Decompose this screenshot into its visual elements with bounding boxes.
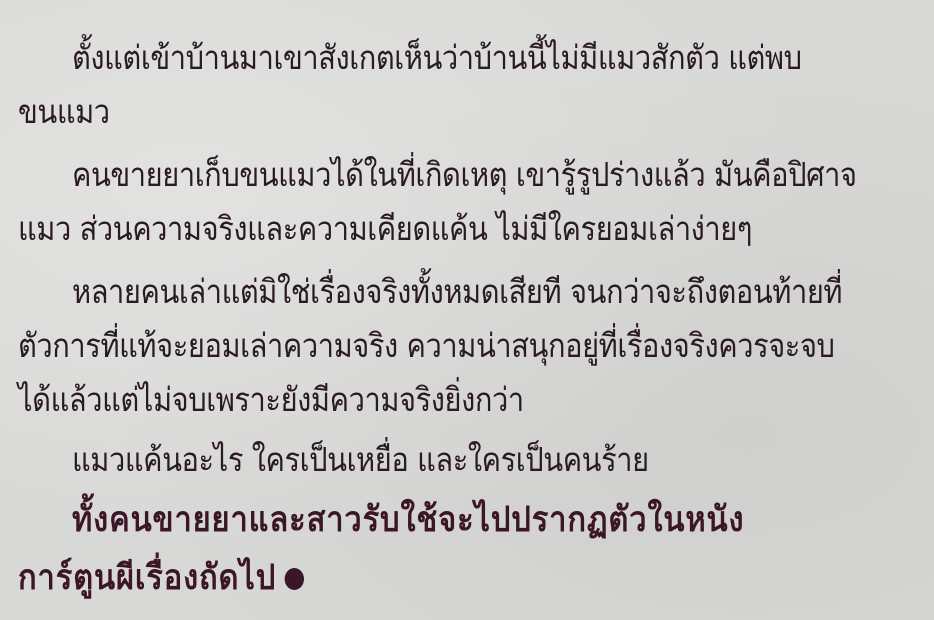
- paragraph-2-line-1: คนขายยาเก็บขนแมวได้ในที่เกิดเหตุ เขารู้ร…: [72, 155, 857, 195]
- closing-bold-line-2: การ์ตูนผีเรื่องถัดไป: [18, 558, 304, 598]
- newspaper-clipping: ตั้งแต่เข้าบ้านมาเขาสังเกตเห็นว่าบ้านนี้…: [0, 0, 934, 620]
- paragraph-3-line-2: ตัวการที่แท้จะยอมเล่าความจริง ความน่าสนุ…: [18, 326, 835, 366]
- paragraph-3-line-3: ได้แล้วแต่ไม่จบเพราะยังมีความจริงยิ่งกว่…: [18, 380, 524, 420]
- paragraph-1-line-2: ขนแมว: [18, 92, 110, 132]
- paragraph-1-line-1: ตั้งแต่เข้าบ้านมาเขาสังเกตเห็นว่าบ้านนี้…: [72, 38, 802, 78]
- paragraph-4-line-1: แมวแค้นอะไร ใครเป็นเหยื่อ และใครเป็นคนร้…: [72, 440, 649, 480]
- paragraph-2-line-2: แมว ส่วนความจริงและความเคียดแค้น ไม่มีใค…: [18, 209, 752, 249]
- closing-bold-text: การ์ตูนผีเรื่องถัดไป: [18, 558, 276, 598]
- closing-bold-line-1: ทั้งคนขายยาและสาวรับใช้จะไปปรากฏตัวในหนั…: [72, 500, 744, 540]
- paragraph-3-line-1: หลายคนเล่าแต่มิใช่เรื่องจริงทั้งหมดเสียท…: [72, 272, 842, 312]
- bullet-icon: [285, 568, 304, 590]
